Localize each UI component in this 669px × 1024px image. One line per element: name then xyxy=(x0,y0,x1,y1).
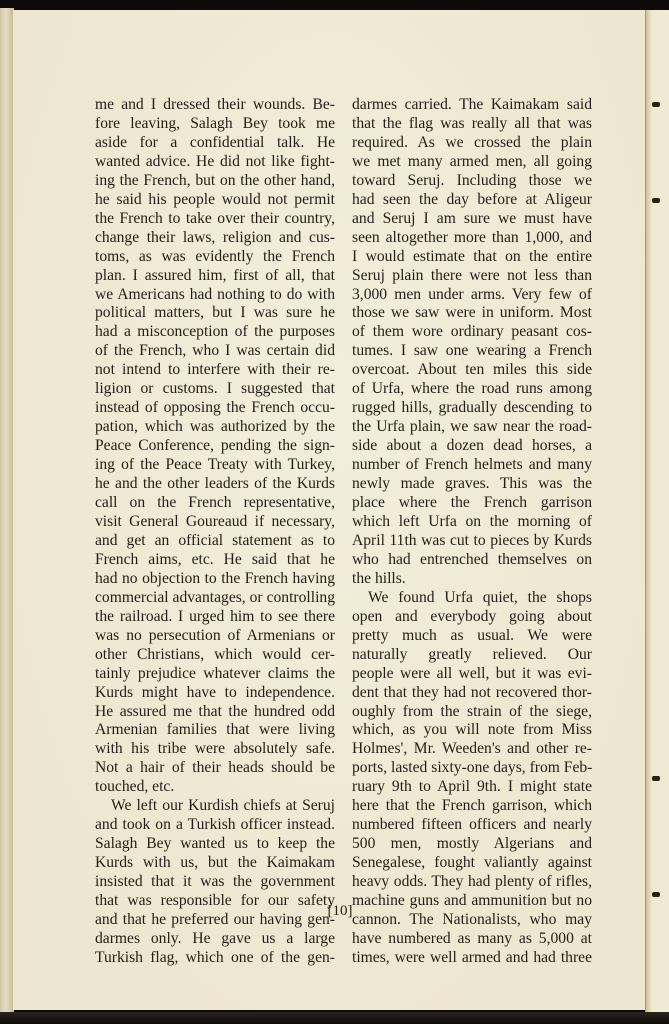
text-line: 500 men, mostly Algerians and xyxy=(352,835,592,854)
paragraph-start-line: We left our Kurdish chiefs at Seruj xyxy=(95,797,335,816)
text-line: 3,000 men under arms. Very few of xyxy=(352,286,592,305)
text-line: we met many armed men, all going xyxy=(352,153,592,172)
text-line: and Seruj I am sure we must have xyxy=(352,210,592,229)
text-line: insisted that it was the government xyxy=(95,873,335,892)
text-line: pretty much as usual. We were xyxy=(352,627,592,646)
text-line: rugged hills, gradually descending to xyxy=(352,399,592,418)
text-line: times, were well armed and had three xyxy=(352,949,592,968)
text-line: visit General Goureaud if necessary, xyxy=(95,513,335,532)
binding-staple-icon xyxy=(652,102,660,107)
text-line: call on the French representative, xyxy=(95,494,335,513)
text-line: fore leaving, Salagh Bey took me xyxy=(95,115,335,134)
text-line: and took on a Turkish officer instead. xyxy=(95,816,335,835)
text-column-right: darmes carried. The Kaimakam said that t… xyxy=(352,96,592,968)
text-line: pation, which was authorized by the xyxy=(95,418,335,437)
text-line: other Christians, which would cer- xyxy=(95,646,335,665)
text-line: required. As we crossed the plain xyxy=(352,134,592,153)
text-line: Senegalese, fought valiantly against xyxy=(352,854,592,873)
text-line: of Urfa, where the road runs among xyxy=(352,380,592,399)
text-line: French aims, etc. He said that he xyxy=(95,551,335,570)
text-line: of them wore ordinary peasant cos- xyxy=(352,323,592,342)
text-line: Salagh Bey wanted us to keep the xyxy=(95,835,335,854)
text-line: He assured me that the hundred odd xyxy=(95,703,335,722)
text-line: Kurds might have to independence. xyxy=(95,684,335,703)
text-line: cannon. The Nationalists, who may xyxy=(352,911,592,930)
text-line: those we saw were in uniform. Most xyxy=(352,304,592,323)
text-line: Seruj plain there were not less than xyxy=(352,267,592,286)
text-line: people were all well, but it was evi- xyxy=(352,665,592,684)
text-line: who had entrenched themselves on xyxy=(352,551,592,570)
text-line: that was responsible for our safety xyxy=(95,892,335,911)
text-line: of the French, who I was certain did xyxy=(95,342,335,361)
page-number: [10] xyxy=(300,903,380,920)
paragraph-end-line: the hills. xyxy=(352,570,592,589)
text-line: commercial advantages, or controlling xyxy=(95,589,335,608)
text-line: me and I dressed their wounds. Be- xyxy=(95,96,335,115)
text-line: he said his people would not permit xyxy=(95,191,335,210)
text-line: heavy odds. They had plenty of rifles, xyxy=(352,873,592,892)
text-line: had no objection to the French having xyxy=(95,570,335,589)
text-line: Armenian families that were living xyxy=(95,721,335,740)
text-line: oughly from the strain of the siege, xyxy=(352,703,592,722)
paragraph-start-line: We found Urfa quiet, the shops xyxy=(352,589,592,608)
text-line: Not a hair of their heads should be xyxy=(95,759,335,778)
text-line: the railroad. I urged him to see there xyxy=(95,608,335,627)
binding-staple-icon xyxy=(652,776,660,781)
text-line: tainly prejudice whatever claims the xyxy=(95,665,335,684)
text-line: aside for a confidential talk. He xyxy=(95,134,335,153)
text-line: have numbered as many as 5,000 at xyxy=(352,930,592,949)
text-line: tumes. I saw one wearing a French xyxy=(352,342,592,361)
text-line: the Urfa plain, we saw near the road- xyxy=(352,418,592,437)
text-line: here that the French garrison, which xyxy=(352,797,592,816)
text-line: newly made graves. This was the xyxy=(352,475,592,494)
text-line: change their laws, religion and cus- xyxy=(95,229,335,248)
text-line: Peace Conference, pending the sign- xyxy=(95,437,335,456)
text-line: ports, lasted sixty-one days, from Feb- xyxy=(352,759,592,778)
text-line: the French to take over their country, xyxy=(95,210,335,229)
text-line: which, as you will note from Miss xyxy=(352,721,592,740)
text-line: Holmes', Mr. Weeden's and other re- xyxy=(352,740,592,759)
text-line: ligion or customs. I suggested that xyxy=(95,380,335,399)
text-line: he and the other leaders of the Kurds xyxy=(95,475,335,494)
text-line: numbered fifteen officers and nearly xyxy=(352,816,592,835)
text-line: darmes only. He gave us a large xyxy=(95,930,335,949)
text-line: and get an official statement as to xyxy=(95,532,335,551)
next-page-edge xyxy=(645,10,669,1012)
text-line: dent that they had not recovered thor- xyxy=(352,684,592,703)
text-line: toms, as was evidently the French xyxy=(95,248,335,267)
text-line: political matters, but I was sure he xyxy=(95,304,335,323)
text-line: had seen the day before at Aligeur xyxy=(352,191,592,210)
text-line: wanted advice. He did not like fight- xyxy=(95,153,335,172)
text-line: instead of opposing the French occu- xyxy=(95,399,335,418)
text-line: darmes carried. The Kaimakam said xyxy=(352,96,592,115)
text-line: I would estimate that on the entire xyxy=(352,248,592,267)
text-line: ing of the Peace Treaty with Turkey, xyxy=(95,456,335,475)
text-line: place where the French garrison xyxy=(352,494,592,513)
text-line: had a misconception of the purposes xyxy=(95,323,335,342)
binding-staple-icon xyxy=(652,892,660,897)
text-line: not intend to interfere with their re- xyxy=(95,361,335,380)
text-line: naturally greatly relieved. Our xyxy=(352,646,592,665)
text-column-left: me and I dressed their wounds. Be- fore … xyxy=(95,96,335,968)
text-line: we Americans had nothing to do with xyxy=(95,286,335,305)
text-line: machine guns and ammunition but no xyxy=(352,892,592,911)
scan-bottom-border xyxy=(0,1012,669,1024)
text-line: side about a dozen dead horses, a xyxy=(352,437,592,456)
text-line: ruary 9th to April 9th. I might state xyxy=(352,778,592,797)
text-line: Turkish flag, which one of the gen- xyxy=(95,949,335,968)
paragraph-end-line: touched, etc. xyxy=(95,778,335,797)
text-line: number of French helmets and many xyxy=(352,456,592,475)
text-line: that the flag was really all that was xyxy=(352,115,592,134)
text-line: seen altogether more than 1,000, and xyxy=(352,229,592,248)
book-spine-edge xyxy=(0,8,14,1014)
binding-staple-icon xyxy=(652,198,660,203)
text-line: and that he preferred our having gen- xyxy=(95,911,335,930)
text-line: Kurds with us, but the Kaimakam xyxy=(95,854,335,873)
text-line: open and everybody going about xyxy=(352,608,592,627)
text-line: ing the French, but on the other hand, xyxy=(95,172,335,191)
text-line: which left Urfa on the morning of xyxy=(352,513,592,532)
text-line: overcoat. About ten miles this side xyxy=(352,361,592,380)
text-line: plan. I assured him, first of all, that xyxy=(95,267,335,286)
text-line: toward Seruj. Including those we xyxy=(352,172,592,191)
text-line: was no persecution of Armenians or xyxy=(95,627,335,646)
text-line: April 11th was cut to pieces by Kurds xyxy=(352,532,592,551)
text-line: with his tribe were absolutely safe. xyxy=(95,740,335,759)
